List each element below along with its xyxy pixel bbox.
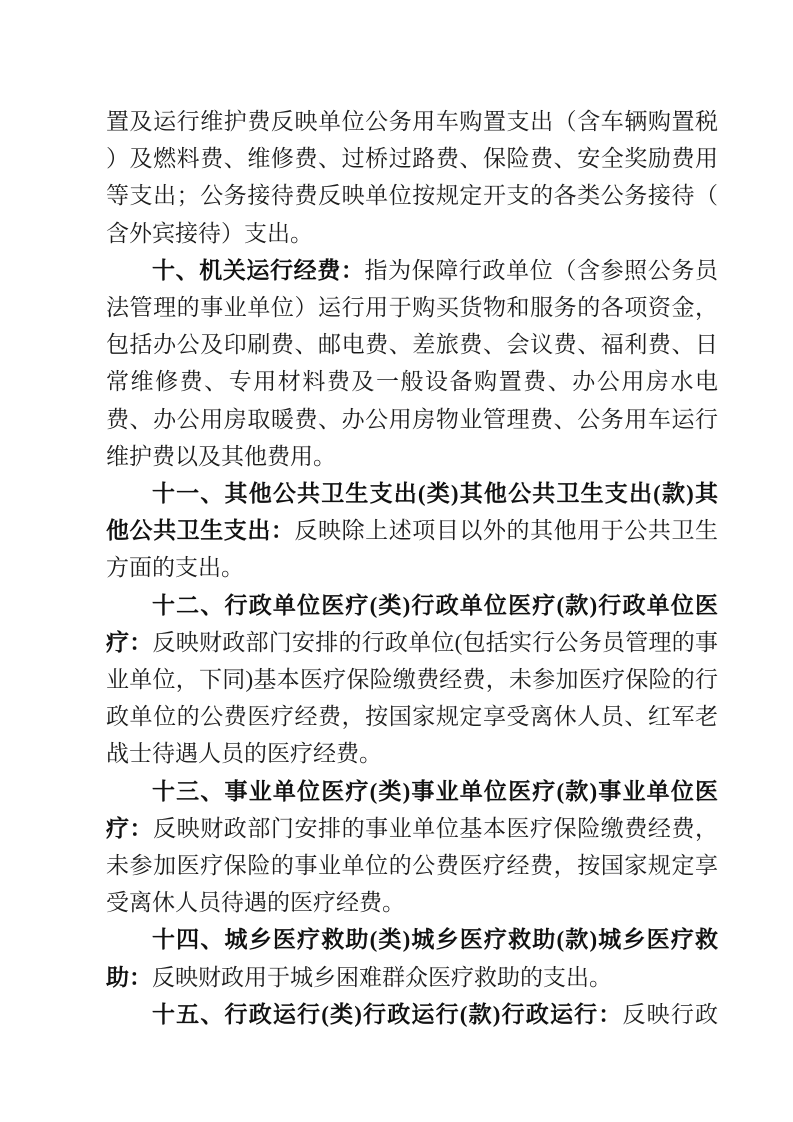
text-line: 方面的支出。 (106, 549, 718, 586)
line-bold-text: 十一、其他公共卫生支出(类)其他公共卫生支出(款)其 (152, 481, 718, 506)
line-bold-text: 十二、行政单位医疗(类)行政单位医疗(款)行政单位医 (152, 593, 718, 618)
text-line: 十一、其他公共卫生支出(类)其他公共卫生支出(款)其 (106, 475, 718, 512)
text-line: 战士待遇人员的医疗经费。 (106, 735, 718, 772)
line-body-text: 含外宾接待）支出。 (106, 221, 313, 246)
line-body-text: 反映除上述项目以外的其他用于公共卫生 (294, 518, 718, 543)
line-body-text: 常维修费、专用材料费及一般设备购置费、办公用房水电 (106, 369, 718, 394)
para-10-agency-operating-funds: 十、机关运行经费：指为保障行政单位（含参照公务员法管理的事业单位）运行用于购买货… (106, 252, 718, 475)
text-line: 置及运行维护费反映单位公务用车购置支出（含车辆购置税 (106, 103, 718, 140)
text-line: 他公共卫生支出：反映除上述项目以外的其他用于公共卫生 (106, 512, 718, 549)
para-12-administrative-unit-medical: 十二、行政单位医疗(类)行政单位医疗(款)行政单位医疗：反映财政部门安排的行政单… (106, 587, 718, 773)
text-line: 费、办公用房取暖费、办公用房物业管理费、公务用车运行 (106, 401, 718, 438)
line-body-text: 指为保障行政单位（含参照公务员 (364, 258, 718, 283)
text-line: 疗：反映财政部门安排的事业单位基本医疗保险缴费经费， (106, 810, 718, 847)
text-line: 业单位，下同)基本医疗保险缴费经费，未参加医疗保险的行 (106, 661, 718, 698)
text-line: 含外宾接待）支出。 (106, 215, 718, 252)
text-line: 维护费以及其他费用。 (106, 438, 718, 475)
line-body-text: 受离休人员待遇的医疗经费。 (106, 890, 405, 915)
line-body-text: 战士待遇人员的医疗经费。 (106, 741, 382, 766)
text-line: 十三、事业单位医疗(类)事业单位医疗(款)事业单位医 (106, 773, 718, 810)
line-bold-text: 十三、事业单位医疗(类)事业单位医疗(款)事业单位医 (152, 779, 718, 804)
text-line: 常维修费、专用材料费及一般设备购置费、办公用房水电 (106, 363, 718, 400)
text-line: 十四、城乡医疗救助(类)城乡医疗救助(款)城乡医疗救 (106, 921, 718, 958)
para-15-administrative-operation: 十五、行政运行(类)行政运行(款)行政运行：反映行政 (106, 996, 718, 1033)
line-body-text: 法管理的事业单位）运行用于购买货物和服务的各项资金， (106, 295, 718, 320)
line-body-text: 未参加医疗保险的事业单位的公费医疗经费，按国家规定享 (106, 853, 718, 878)
line-body-text: 反映财政部门安排的行政单位(包括实行公务员管理的事 (153, 630, 719, 655)
text-line: 十五、行政运行(类)行政运行(款)行政运行：反映行政 (106, 996, 718, 1033)
para-11-other-public-health-expenditure: 十一、其他公共卫生支出(类)其他公共卫生支出(款)其他公共卫生支出：反映除上述项… (106, 475, 718, 587)
text-line: ）及燃料费、维修费、过桥过路费、保险费、安全奖励费用 (106, 140, 718, 177)
text-block: 置及运行维护费反映单位公务用车购置支出（含车辆购置税）及燃料费、维修费、过桥过路… (106, 103, 718, 1033)
text-line: 疗：反映财政部门安排的行政单位(包括实行公务员管理的事 (106, 624, 718, 661)
line-body-text: 反映财政用于城乡困难群众医疗救助的支出。 (152, 965, 612, 990)
text-line: 等支出；公务接待费反映单位按规定开支的各类公务接待（ (106, 177, 718, 214)
text-line: 包括办公及印刷费、邮电费、差旅费、会议费、福利费、日 (106, 326, 718, 363)
text-line: 十二、行政单位医疗(类)行政单位医疗(款)行政单位医 (106, 587, 718, 624)
line-body-text: 业单位，下同)基本医疗保险缴费经费，未参加医疗保险的行 (106, 667, 718, 692)
line-body-text: 包括办公及印刷费、邮电费、差旅费、会议费、福利费、日 (106, 332, 718, 357)
text-line: 法管理的事业单位）运行用于购买货物和服务的各项资金， (106, 289, 718, 326)
para-13-public-institution-medical: 十三、事业单位医疗(类)事业单位医疗(款)事业单位医疗：反映财政部门安排的事业单… (106, 773, 718, 922)
line-bold-text: 疗： (106, 630, 153, 655)
line-body-text: 等支出；公务接待费反映单位按规定开支的各类公务接待（ (106, 183, 718, 208)
para-official-vehicle-expense-continuation: 置及运行维护费反映单位公务用车购置支出（含车辆购置税）及燃料费、维修费、过桥过路… (106, 103, 718, 252)
text-line: 助：反映财政用于城乡困难群众医疗救助的支出。 (106, 959, 718, 996)
line-bold-text: 十四、城乡医疗救助(类)城乡医疗救助(款)城乡医疗救 (152, 927, 718, 952)
line-body-text: ）及燃料费、维修费、过桥过路费、保险费、安全奖励费用 (106, 146, 718, 171)
line-body-text: 反映财政部门安排的事业单位基本医疗保险缴费经费， (153, 816, 718, 841)
line-body-text: 反映行政 (622, 1002, 718, 1027)
line-body-text: 政单位的公费医疗经费，按国家规定享受离休人员、红军老 (106, 704, 718, 729)
text-line: 受离休人员待遇的医疗经费。 (106, 884, 718, 921)
line-body-text: 置及运行维护费反映单位公务用车购置支出（含车辆购置税 (106, 109, 718, 134)
line-bold-text: 助： (106, 965, 152, 990)
line-bold-text: 他公共卫生支出： (106, 518, 294, 543)
line-bold-text: 十、机关运行经费： (152, 258, 364, 283)
document-page: 置及运行维护费反映单位公务用车购置支出（含车辆购置税）及燃料费、维修费、过桥过路… (0, 0, 793, 1122)
text-line: 十、机关运行经费：指为保障行政单位（含参照公务员 (106, 252, 718, 289)
line-body-text: 费、办公用房取暖费、办公用房物业管理费、公务用车运行 (106, 407, 718, 432)
text-line: 政单位的公费医疗经费，按国家规定享受离休人员、红军老 (106, 698, 718, 735)
para-14-urban-rural-medical-assistance: 十四、城乡医疗救助(类)城乡医疗救助(款)城乡医疗救助：反映财政用于城乡困难群众… (106, 921, 718, 995)
text-line: 未参加医疗保险的事业单位的公费医疗经费，按国家规定享 (106, 847, 718, 884)
line-body-text: 方面的支出。 (106, 555, 244, 580)
line-body-text: 维护费以及其他费用。 (106, 444, 336, 469)
line-bold-text: 十五、行政运行(类)行政运行(款)行政运行： (152, 1002, 622, 1027)
line-bold-text: 疗： (106, 816, 153, 841)
